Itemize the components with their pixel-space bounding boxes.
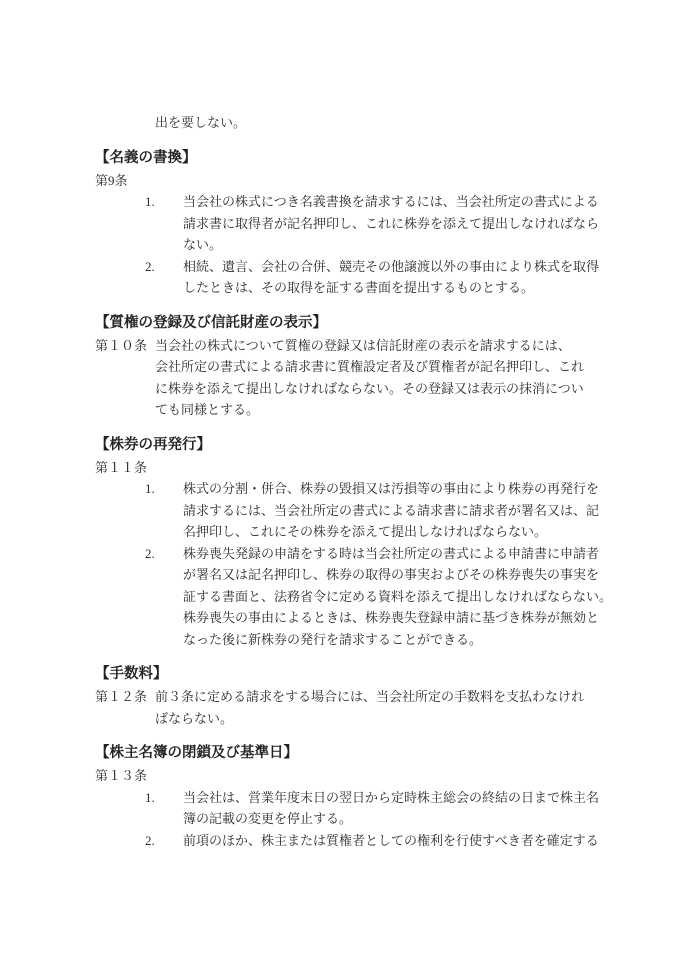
article-number: 第１１条 bbox=[95, 457, 155, 479]
item-number: 1. bbox=[145, 191, 183, 256]
article-body: 当会社の株式について質権の登録又は信託財産の表示を請求するには、 会社所定の書式… bbox=[155, 335, 680, 421]
article-line: 第１２条 前３条に定める請求をする場合には、当会社所定の手数料を支払わなけれ ば… bbox=[95, 686, 680, 729]
section-name-transfer: 【名義の書換】 第9条 1. 当会社の株式につき名義書換を請求するには、当会社所… bbox=[0, 146, 680, 299]
text-line: 当会社の株式につき名義書換を請求するには、当会社所定の書式による bbox=[183, 191, 680, 213]
item-text: 株式の分割・併合、株券の毀損又は汚損等の事由により株券の再発行を 請求するには、… bbox=[183, 478, 680, 543]
article-number: 第１３条 bbox=[95, 765, 155, 787]
document-content: 出を要しない。 【名義の書換】 第9条 1. 当会社の株式につき名義書換を請求す… bbox=[0, 0, 680, 851]
item-text: 前項のほか、株主または質権者としての権利を行使すべき者を確定する bbox=[183, 830, 680, 852]
section-heading: 【株券の再発行】 bbox=[95, 433, 680, 457]
numbered-item: 2. 前項のほか、株主または質権者としての権利を行使すべき者を確定する bbox=[145, 830, 680, 852]
article-number: 第１２条 bbox=[95, 686, 155, 729]
article-line: 第１１条 bbox=[95, 457, 680, 479]
text-line: したときは、その取得を証する書面を提出するものとする。 bbox=[183, 277, 680, 299]
article-line: 第１０条 当会社の株式について質権の登録又は信託財産の表示を請求するには、 会社… bbox=[95, 335, 680, 421]
item-number: 2. bbox=[145, 543, 183, 651]
numbered-item: 2. 株券喪失発録の申請をする時は当会社所定の書式による申請書に申請者 が署名又… bbox=[145, 543, 680, 651]
text-line: 前３条に定める請求をする場合には、当会社所定の手数料を支払わなけれ bbox=[155, 686, 680, 708]
text-line: 簿の記載の変更を停止する。 bbox=[183, 808, 680, 830]
section-pledge-registration: 【質権の登録及び信託財産の表示】 第１０条 当会社の株式について質権の登録又は信… bbox=[0, 311, 680, 421]
item-text: 当会社は、営業年度末日の翌日から定時株主総会の終結の日まで株主名 簿の記載の変更… bbox=[183, 787, 680, 830]
article-number: 第9条 bbox=[95, 170, 155, 192]
text-line: 会社所定の書式による請求書に質権設定者及び質権者が記名押印し、これ bbox=[155, 356, 680, 378]
section-heading: 【質権の登録及び信託財産の表示】 bbox=[95, 311, 680, 335]
numbered-item: 1. 株式の分割・併合、株券の毀損又は汚損等の事由により株券の再発行を 請求する… bbox=[145, 478, 680, 543]
article-line: 第9条 bbox=[95, 170, 680, 192]
text-line: 請求するには、当会社所定の書式による請求書に請求者が署名又は、記 bbox=[183, 500, 680, 522]
text-line: 株券喪失発録の申請をする時は当会社所定の書式による申請書に申請者 bbox=[183, 543, 680, 565]
carryover-paragraph-text: 出を要しない。 bbox=[155, 112, 680, 134]
text-line: が署名又は記名押印し、株券の取得の事実およびその株券喪失の事実を bbox=[183, 564, 680, 586]
text-line: 名押印し、これにその株券を添えて提出しなければならない。 bbox=[183, 521, 680, 543]
item-text: 当会社の株式につき名義書換を請求するには、当会社所定の書式による 請求書に取得者… bbox=[183, 191, 680, 256]
numbered-item: 1. 当会社の株式につき名義書換を請求するには、当会社所定の書式による 請求書に… bbox=[145, 191, 680, 256]
text-line: 株式の分割・併合、株券の毀損又は汚損等の事由により株券の再発行を bbox=[183, 478, 680, 500]
item-number: 1. bbox=[145, 478, 183, 543]
text-line: 請求書に取得者が記名押印し、これに株券を添えて提出しなければなら bbox=[183, 213, 680, 235]
section-heading: 【名義の書換】 bbox=[95, 146, 680, 170]
text-line: 当会社の株式について質権の登録又は信託財産の表示を請求するには、 bbox=[155, 335, 680, 357]
section-share-certificate-reissue: 【株券の再発行】 第１１条 1. 株式の分割・併合、株券の毀損又は汚損等の事由に… bbox=[0, 433, 680, 651]
text-line: ても同様とする。 bbox=[155, 399, 680, 421]
item-number: 2. bbox=[145, 256, 183, 299]
item-text: 株券喪失発録の申請をする時は当会社所定の書式による申請書に申請者 が署名又は記名… bbox=[183, 543, 680, 651]
text-line: 当会社は、営業年度末日の翌日から定時株主総会の終結の日まで株主名 bbox=[183, 787, 680, 809]
section-heading: 【株主名簿の閉鎖及び基準日】 bbox=[95, 741, 680, 765]
article-line: 第１３条 bbox=[95, 765, 680, 787]
article-body: 前３条に定める請求をする場合には、当会社所定の手数料を支払わなけれ ばならない。 bbox=[155, 686, 680, 729]
item-number: 2. bbox=[145, 830, 183, 852]
text-line: に株券を添えて提出しなければならない。その登録又は表示の抹消につい bbox=[155, 378, 680, 400]
numbered-item: 2. 相続、遺言、会社の合併、競売その他譲渡以外の事由により株式を取得 したとき… bbox=[145, 256, 680, 299]
section-heading: 【手数料】 bbox=[95, 662, 680, 686]
item-text: 相続、遺言、会社の合併、競売その他譲渡以外の事由により株式を取得 したときは、そ… bbox=[183, 256, 680, 299]
text-line: 前項のほか、株主または質権者としての権利を行使すべき者を確定する bbox=[183, 830, 680, 852]
numbered-item: 1. 当会社は、営業年度末日の翌日から定時株主総会の終結の日まで株主名 簿の記載… bbox=[145, 787, 680, 830]
text-line: 証する書面と、法務省令に定める資料を添えて提出しなければならない。 bbox=[183, 586, 680, 608]
article-number: 第１０条 bbox=[95, 335, 155, 421]
text-line: なった後に新株券の発行を請求することができる。 bbox=[183, 629, 680, 651]
section-fees: 【手数料】 第１２条 前３条に定める請求をする場合には、当会社所定の手数料を支払… bbox=[0, 662, 680, 729]
document-page: 出を要しない。 【名義の書換】 第9条 1. 当会社の株式につき名義書換を請求す… bbox=[0, 0, 680, 962]
text-line: 株券喪失の事由によるときは、株券喪失登録申請に基づき株券が無効と bbox=[183, 607, 680, 629]
text-line: ない。 bbox=[183, 234, 680, 256]
text-line: ばならない。 bbox=[155, 708, 680, 730]
item-number: 1. bbox=[145, 787, 183, 830]
section-register-closure-record-date: 【株主名簿の閉鎖及び基準日】 第１３条 1. 当会社は、営業年度末日の翌日から定… bbox=[0, 741, 680, 851]
text-line: 相続、遺言、会社の合併、競売その他譲渡以外の事由により株式を取得 bbox=[183, 256, 680, 278]
